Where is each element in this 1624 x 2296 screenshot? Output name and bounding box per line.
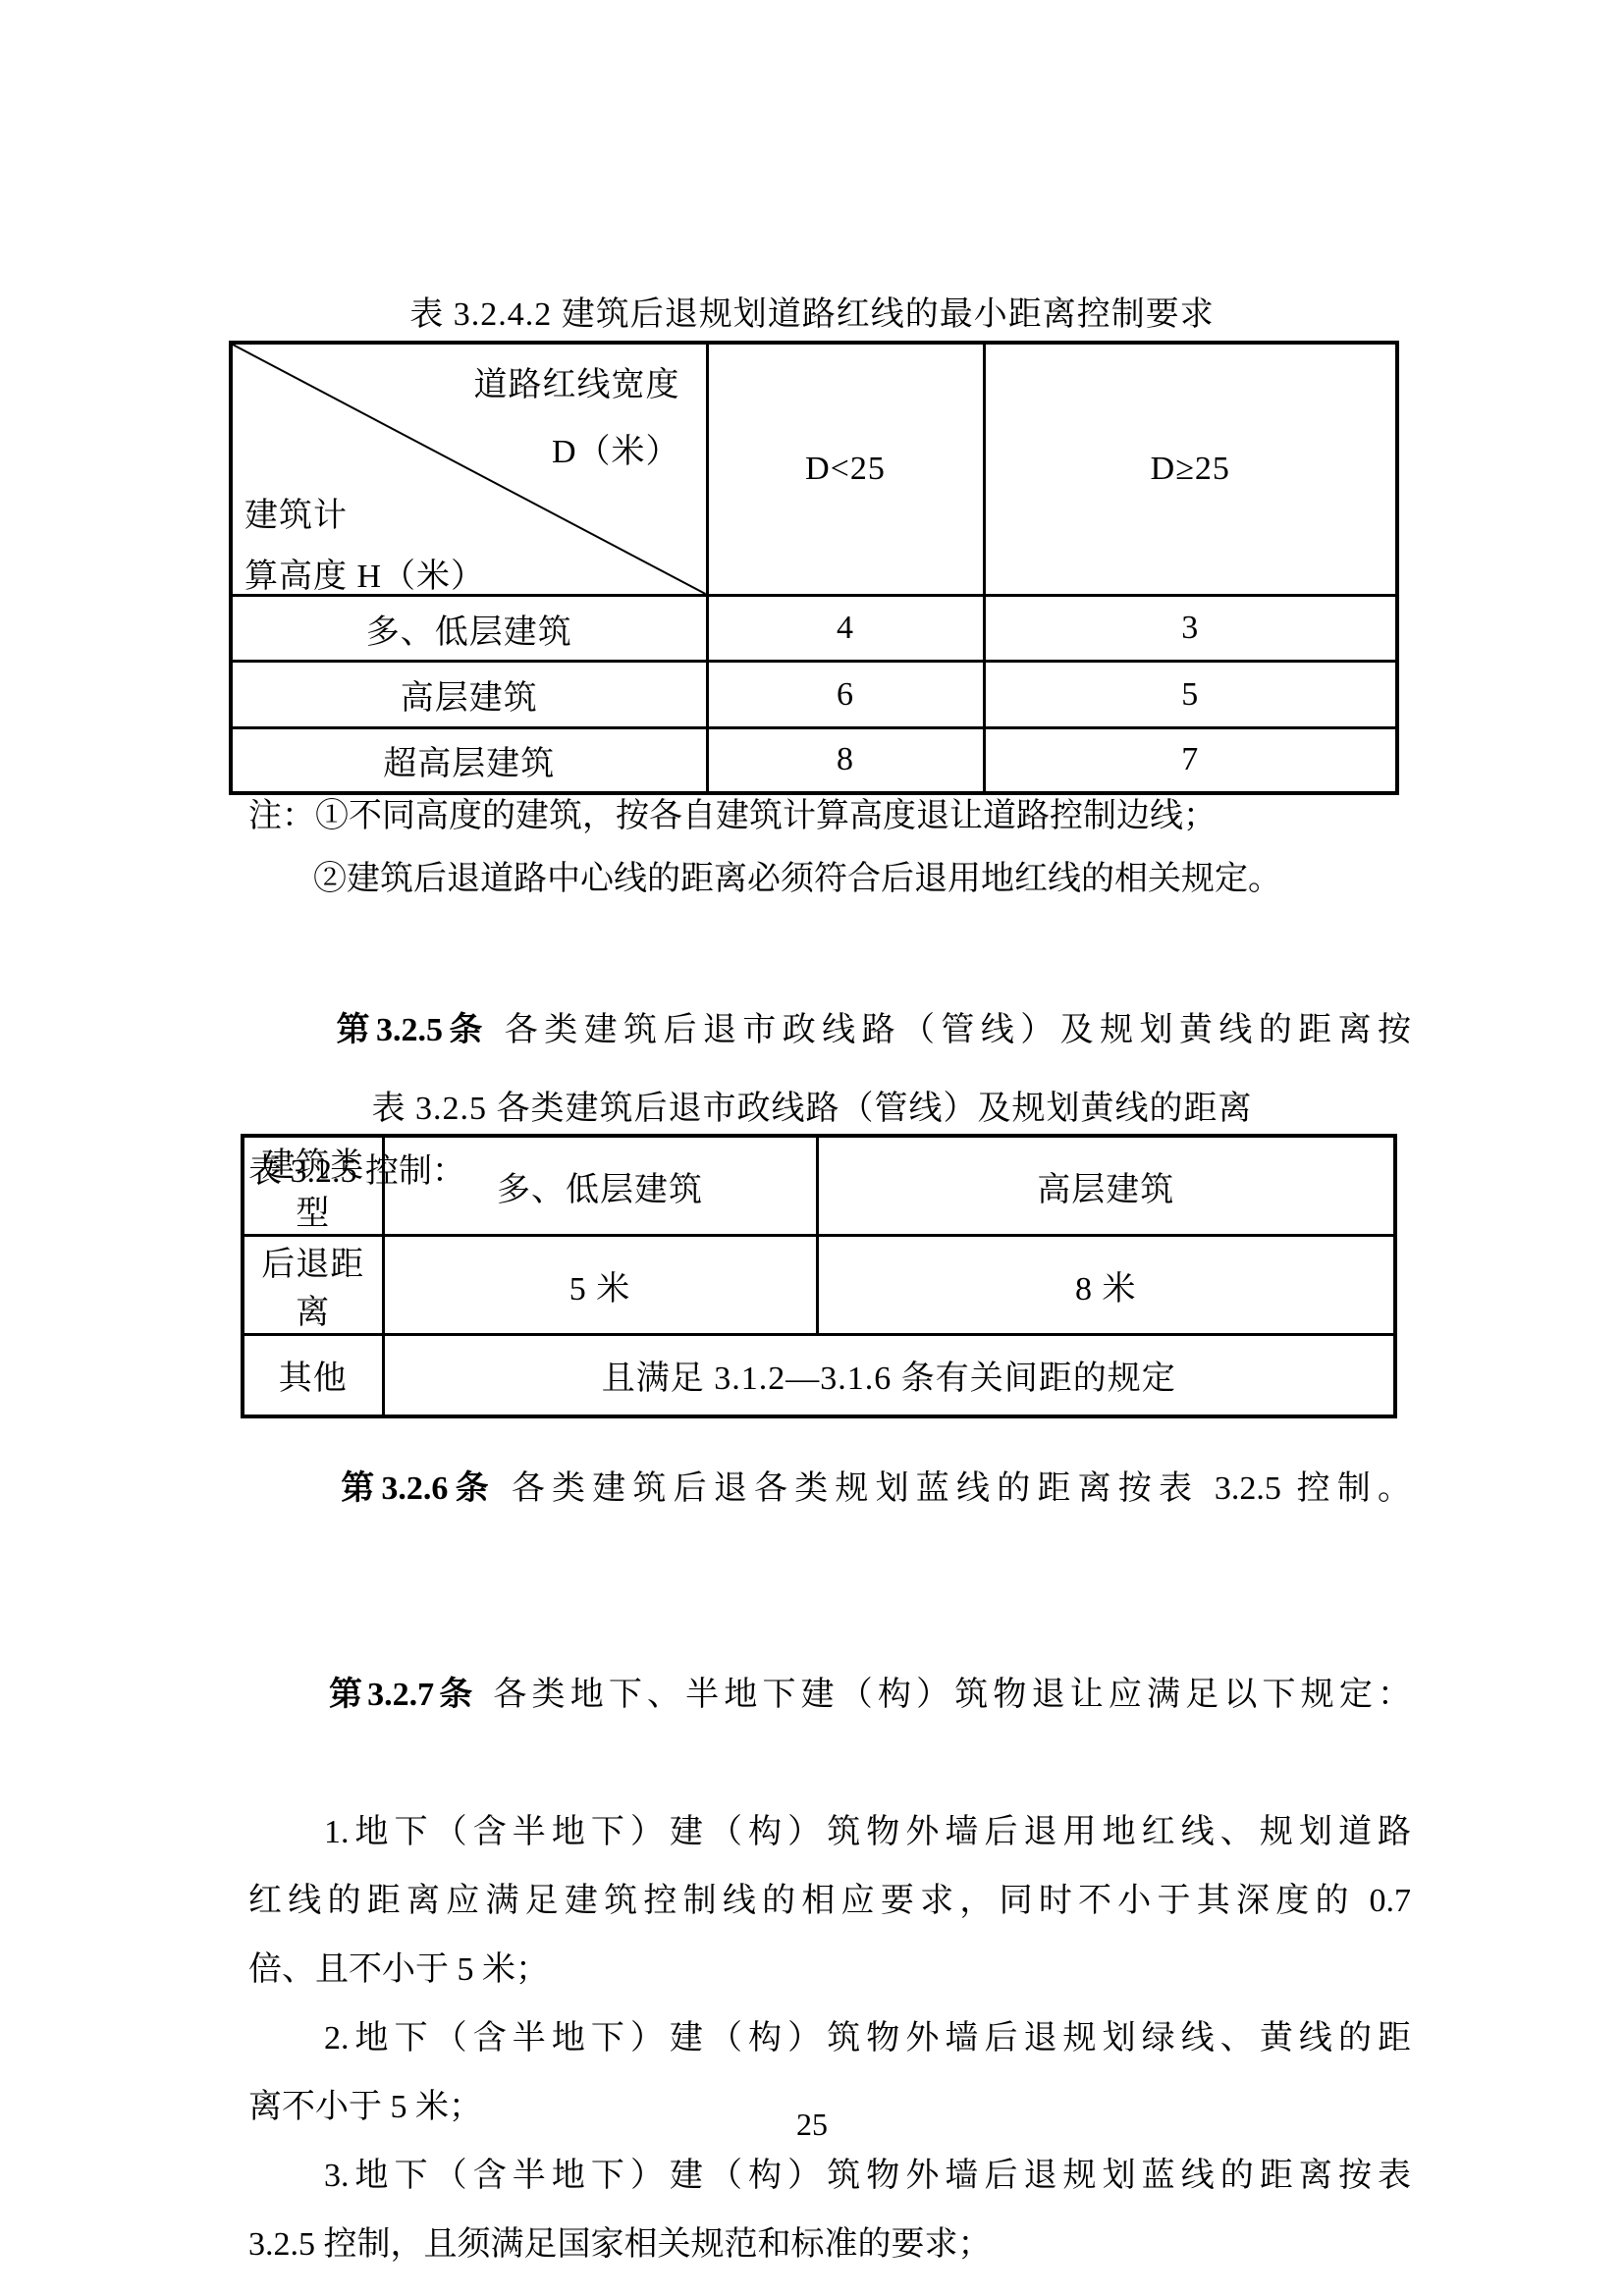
column-header-d-ge-25: D≥25	[984, 343, 1397, 596]
table1-notes: 注：①不同高度的建筑，按各自建筑计算高度退让道路控制边线； ②建筑后退道路中心线…	[248, 785, 1411, 911]
cell-value: 8 米	[817, 1236, 1395, 1335]
body-text: 第3.2.6条各类建筑后退各类规划蓝线的距离按表 3.2.5 控制。 第3.2.…	[248, 1386, 1411, 2279]
utility-setback-table: 建筑类型 多、低层建筑 高层建筑 后退距离 5 米 8 米 其他 且满足 3.1…	[241, 1134, 1397, 1418]
table-row: 超高层建筑 8 7	[231, 728, 1397, 793]
table-row: 高层建筑 6 5	[231, 662, 1397, 728]
document-page: 表 3.2.4.2 建筑后退规划道路红线的最小距离控制要求 道路红线宽度 D（米…	[0, 0, 1624, 2296]
diag-label-height-h: 算高度 H（米）	[244, 547, 680, 608]
diag-label-building-calc: 建筑计	[244, 486, 680, 547]
table1-caption: 表 3.2.4.2 建筑后退规划道路红线的最小距离控制要求	[0, 287, 1624, 335]
cell-value: 7	[984, 728, 1397, 793]
clause-number: 第3.2.5条	[337, 1012, 489, 1048]
diag-label-d-meters: D（米）	[244, 419, 680, 486]
row-label: 建筑类型	[243, 1136, 383, 1236]
cell-value: 8	[707, 728, 984, 793]
cell-value: 5 米	[383, 1236, 817, 1335]
cell-value: 3	[984, 596, 1397, 662]
road-setback-table: 道路红线宽度 D（米） 建筑计 算高度 H（米） D<25 D≥25 多、低层建…	[229, 341, 1399, 795]
clause-text: 各类建筑后退市政线路（管线）及规划黄线的距离按	[505, 1012, 1411, 1048]
item-1-line: 红线的距离应满足建筑控制线的相应要求，同时不小于其深度的 0.7	[248, 1867, 1411, 1936]
item-3-line: 3.2.5 控制，且须满足国家相关规范和标准的要求；	[248, 2211, 1411, 2279]
table-row: 建筑类型 多、低层建筑 高层建筑	[243, 1136, 1395, 1236]
note-line: 注：①不同高度的建筑，按各自建筑计算高度退让道路控制边线；	[248, 785, 1411, 848]
clause-3-2-6: 第3.2.6条各类建筑后退各类规划蓝线的距离按表 3.2.5 控制。	[248, 1386, 1411, 1592]
cell-value: 5	[984, 662, 1397, 728]
row-label: 高层建筑	[231, 662, 707, 728]
item-3-line: 3.地下（含半地下）建（构）筑物外墙后退规划蓝线的距离按表	[248, 2142, 1411, 2211]
page-number: 25	[0, 2107, 1624, 2143]
note-line: ②建筑后退道路中心线的距离必须符合后退用地红线的相关规定。	[313, 848, 1411, 911]
clause-number: 第3.2.7条	[329, 1677, 477, 1713]
column-header-d-lt-25: D<25	[707, 343, 984, 596]
row-label: 超高层建筑	[231, 728, 707, 793]
cell-value: 6	[707, 662, 984, 728]
diagonal-header-cell: 道路红线宽度 D（米） 建筑计 算高度 H（米）	[231, 343, 707, 596]
item-2-line: 2.地下（含半地下）建（构）筑物外墙后退规划绿线、黄线的距	[248, 2004, 1411, 2073]
item-1-line: 1.地下（含半地下）建（构）筑物外墙后退用地红线、规划道路	[248, 1798, 1411, 1867]
diag-label-road-width: 道路红线宽度	[244, 352, 680, 419]
clause-3-2-7: 第3.2.7条各类地下、半地下建（构）筑物退让应满足以下规定：	[248, 1592, 1411, 1798]
item-1-line: 倍、且不小于 5 米；	[248, 1936, 1411, 2004]
table-row: 道路红线宽度 D（米） 建筑计 算高度 H（米） D<25 D≥25	[231, 343, 1397, 596]
row-label: 后退距离	[243, 1236, 383, 1335]
clause-text: 各类建筑后退各类规划蓝线的距离按表 3.2.5 控制。	[512, 1470, 1411, 1507]
cell-value: 多、低层建筑	[383, 1136, 817, 1236]
cell-value: 高层建筑	[817, 1136, 1395, 1236]
cell-value: 4	[707, 596, 984, 662]
clause-text: 各类地下、半地下建（构）筑物退让应满足以下规定：	[493, 1677, 1411, 1713]
table-row: 后退距离 5 米 8 米	[243, 1236, 1395, 1335]
clause-number: 第3.2.6条	[341, 1470, 496, 1507]
table2-caption: 表 3.2.5 各类建筑后退市政线路（管线）及规划黄线的距离	[0, 1081, 1624, 1129]
